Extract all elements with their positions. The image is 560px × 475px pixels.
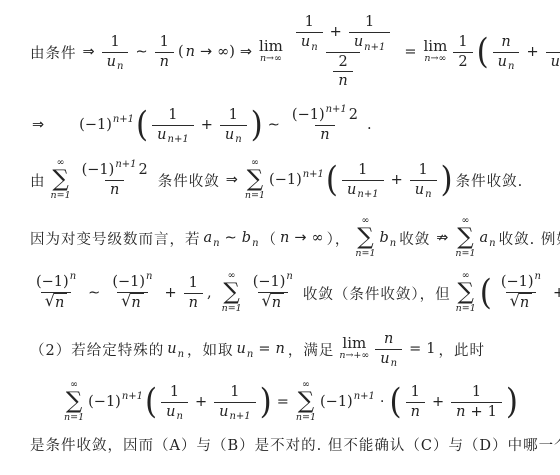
math-text: ），	[327, 228, 351, 249]
math-rm: 1	[170, 383, 179, 402]
math-op: →	[294, 230, 306, 246]
math-it: u	[380, 350, 389, 369]
math-it: u	[237, 341, 246, 357]
math-sub: n	[213, 238, 219, 249]
math-rm: 1	[229, 106, 238, 125]
math-it: u	[225, 126, 234, 145]
math-frac: 1un	[410, 161, 437, 200]
math-op: =	[277, 394, 289, 410]
math-sup: n	[286, 270, 292, 283]
math-rm: 1	[160, 33, 169, 52]
math-lim: limn→∞	[259, 39, 283, 65]
math-big: )	[260, 388, 272, 416]
math-sub: n	[252, 238, 258, 249]
math-text: ，如取	[187, 339, 234, 360]
text-line-4: 因为对变号级数而言，若an∼bn（n→∞），∞∑n=1bn收敛⇏∞∑n=1an收…	[28, 214, 552, 262]
math-op: ·	[380, 394, 385, 410]
math-frac: 1un	[102, 33, 129, 72]
math-it: u	[498, 53, 507, 72]
math-op: ∼	[225, 230, 237, 246]
math-sup: n+1	[354, 391, 375, 402]
math-it: u	[415, 181, 424, 200]
math-op: +	[195, 394, 207, 410]
math-op: ⇏	[436, 230, 448, 246]
math-frac: (−1)n+12n	[77, 161, 153, 200]
math-rm: 1	[411, 383, 420, 402]
math-rm: (−1)	[82, 161, 115, 180]
math-text: 收敛（条件收敛），但	[303, 283, 451, 304]
math-frac: (−1)n√n	[107, 273, 157, 312]
math-op: ⇒	[32, 117, 44, 133]
math-sub: n	[176, 410, 182, 423]
formula-line-1: 由条件⇒1un∼1n(n→∞)⇒limn→∞1un+1un+12n=limn→∞…	[28, 6, 552, 98]
math-op: ⇒	[226, 172, 238, 188]
math-frac: 1un	[296, 13, 323, 52]
math-it: n	[160, 53, 169, 72]
math-text: 是条件收敛，因而（A）与（B）是不对的. 但不能确认（C）与（D）中哪一个正确.	[30, 434, 560, 455]
math-lim: limn→+∞	[339, 336, 369, 362]
math-it: n	[320, 126, 329, 145]
math-it: n	[338, 72, 347, 91]
math-lim: limn→∞	[424, 39, 448, 65]
math-frac: 1n	[184, 274, 203, 313]
math-op: →	[200, 44, 212, 60]
math-big: )	[441, 166, 453, 194]
math-it: u	[354, 33, 363, 52]
math-text: 收敛. 例如：	[499, 228, 560, 249]
math-big: )	[251, 111, 263, 139]
math-it: n	[501, 33, 510, 52]
math-frac: 1un	[220, 106, 247, 145]
math-it: u	[166, 403, 175, 422]
math-it: n	[456, 403, 465, 422]
math-it: n	[275, 341, 284, 357]
math-op: ∼	[268, 117, 280, 133]
math-big: (	[326, 166, 338, 194]
formula-line-7: ∞∑n=1(−1)n+1(1un+1un+1)=∞∑n=1(−1)n+1·(1n…	[28, 374, 552, 430]
math-sqrt: √n	[262, 293, 285, 312]
math-text: （	[262, 228, 278, 249]
math-frac: 1un+1	[152, 106, 194, 145]
math-frac: 1un+1	[349, 13, 391, 52]
math-rm: (−1)	[269, 172, 302, 188]
math-sup: n+1	[326, 103, 347, 116]
math-frac: 1un+1un+12n	[289, 13, 397, 91]
math-sum-sigma-icon: ∞∑n=1	[222, 271, 242, 315]
math-frac: (−1)n+12n	[287, 106, 363, 145]
math-sub: n	[425, 188, 431, 201]
math-rm: (−1)	[79, 117, 112, 133]
math-sup: n	[535, 270, 541, 283]
math-frac: 1n	[155, 33, 174, 72]
math-op: +	[391, 172, 403, 188]
math-sum-sigma-icon: ∞∑n=1	[296, 380, 316, 424]
math-rm: (−1)	[36, 273, 69, 292]
math-sum-sigma-icon: ∞∑n=1	[456, 271, 476, 315]
text-line-6: （2）若给定特殊的un，如取un=n，满足limn→+∞nun=1，此时	[28, 324, 552, 374]
math-rm: (−1)	[292, 106, 325, 125]
math-rm: (−1)	[88, 394, 121, 410]
math-it: b	[379, 230, 388, 246]
math-op: ⇒	[240, 44, 252, 60]
math-sup: n+1	[115, 158, 136, 171]
math-op: =	[404, 44, 416, 60]
math-rm: ,	[207, 285, 212, 301]
math-it: u	[551, 53, 560, 72]
math-it: a	[480, 230, 489, 246]
math-sub: n	[247, 349, 253, 360]
math-text: 由	[30, 170, 46, 191]
math-sqrt: √n	[121, 293, 144, 312]
math-rm: ∞)	[217, 44, 235, 60]
math-op: ∼	[135, 44, 147, 60]
math-rm: 2	[458, 53, 467, 72]
math-sum-sigma-icon: ∞∑n=1	[64, 380, 84, 424]
math-sp	[213, 293, 219, 294]
math-frac: nun	[375, 330, 402, 369]
math-op: ∼	[88, 285, 100, 301]
math-it: n	[280, 230, 289, 246]
math-frac: 1un+1	[214, 383, 256, 422]
math-document: 由条件⇒1un∼1n(n→∞)⇒limn→∞1un+1un+12n=limn→∞…	[0, 0, 560, 458]
math-big: (	[136, 111, 148, 139]
math-sup: n	[146, 270, 152, 283]
math-rm: 1	[189, 274, 198, 293]
math-it: u	[301, 33, 310, 52]
math-it: n	[189, 294, 198, 313]
math-it: n	[186, 44, 195, 60]
math-it: u	[107, 53, 116, 72]
math-rm: 1	[365, 13, 374, 32]
math-sup: n+1	[122, 391, 143, 402]
math-op: +	[470, 403, 482, 422]
math-op: =	[409, 341, 421, 357]
math-rm: (−1)	[501, 273, 534, 292]
math-rm: 1	[110, 33, 119, 52]
math-it: u	[157, 126, 166, 145]
math-sqrt: √n	[45, 293, 68, 312]
math-frac: nun+1	[546, 33, 560, 72]
math-sub: n	[235, 133, 241, 146]
math-it: u	[167, 341, 176, 357]
math-sub: n+1	[357, 188, 378, 201]
math-sub: n	[311, 41, 317, 54]
math-it: n	[110, 181, 119, 200]
math-sup: n+1	[113, 114, 134, 125]
math-frac: 2n	[333, 53, 352, 92]
math-frac: 1n	[406, 383, 425, 422]
math-op: +	[553, 285, 560, 301]
math-text: 收敛	[399, 228, 430, 249]
math-frac: (−1)n√n	[248, 273, 298, 312]
math-frac: 12	[453, 33, 472, 72]
math-text: ，满足	[288, 339, 335, 360]
math-op: +	[330, 23, 342, 42]
math-big: (	[477, 38, 489, 66]
math-sub: n+1	[168, 133, 189, 146]
math-rm: .	[367, 117, 372, 133]
math-op: =	[258, 341, 270, 357]
math-sub: n+1	[364, 41, 385, 54]
math-sub: n	[489, 238, 495, 249]
math-big: (	[145, 388, 157, 416]
math-it: n	[411, 403, 420, 422]
math-sub: n+1	[229, 410, 250, 423]
math-frac: 1n+1	[451, 383, 502, 422]
math-text: ，此时	[438, 339, 485, 360]
math-op: +	[432, 394, 444, 410]
math-frac: (−1)n√n	[496, 273, 546, 312]
math-rm: 1	[305, 13, 314, 32]
math-it: b	[242, 230, 251, 246]
math-rm: 1	[488, 403, 497, 422]
math-sum-sigma-icon: ∞∑n=1	[51, 158, 71, 202]
math-big: (	[480, 279, 492, 307]
math-frac: nun	[493, 33, 520, 72]
math-it: u	[219, 403, 228, 422]
math-rm: 1	[230, 383, 239, 402]
math-sub: n	[508, 60, 514, 73]
formula-line-3: 由∞∑n=1(−1)n+12n条件收敛⇒∞∑n=1(−1)n+1(1un+1+1…	[28, 152, 552, 208]
math-text: 由条件	[30, 42, 77, 63]
math-rm: (	[178, 44, 184, 60]
math-rm: 1	[419, 161, 428, 180]
math-rm: 1	[168, 106, 177, 125]
math-rm: (−1)	[253, 273, 286, 292]
math-rm: 1	[426, 341, 435, 357]
math-sub: n	[178, 349, 184, 360]
math-rm: 1	[458, 33, 467, 52]
math-sum-sigma-icon: ∞∑n=1	[355, 216, 375, 260]
math-sp	[48, 125, 78, 126]
math-it: n	[384, 330, 393, 349]
math-rm: 1	[472, 383, 481, 402]
math-rm: (−1)	[320, 394, 353, 410]
math-op: ⇒	[83, 44, 95, 60]
math-frac: 1un	[161, 383, 188, 422]
math-rm: 2	[139, 161, 148, 180]
formula-line-2: ⇒(−1)n+1(1un+1+1un)∼(−1)n+12n.	[28, 98, 552, 152]
math-big: )	[506, 388, 518, 416]
math-sup: n+1	[303, 169, 324, 180]
math-frac: 1un+1	[342, 161, 384, 200]
formula-line-5: (−1)n√n∼(−1)n√n+1n,∞∑n=1(−1)n√n收敛（条件收敛），…	[28, 262, 552, 324]
math-rm: (−1)	[112, 273, 145, 292]
math-sub: n	[391, 357, 397, 370]
math-sup: n	[70, 270, 76, 283]
math-it: u	[347, 181, 356, 200]
math-sum-sigma-icon: ∞∑n=1	[245, 158, 265, 202]
math-op: +	[164, 285, 176, 301]
math-sum-sigma-icon: ∞∑n=1	[455, 216, 475, 260]
math-text: 因为对变号级数而言，若	[30, 228, 201, 249]
math-sub: n	[117, 60, 123, 73]
math-rm: ∞	[312, 230, 324, 246]
math-frac: (−1)n√n	[31, 273, 81, 312]
math-text: （2）若给定特殊的	[30, 339, 164, 360]
math-op: +	[201, 117, 213, 133]
math-rm: 1	[358, 161, 367, 180]
math-sub: n	[390, 238, 396, 249]
math-rm: 2	[338, 53, 347, 72]
math-it: a	[204, 230, 213, 246]
math-text: 条件收敛.	[456, 170, 524, 191]
math-rm: 2	[349, 106, 358, 125]
text-line-8: 是条件收敛，因而（A）与（B）是不对的. 但不能确认（C）与（D）中哪一个正确.	[28, 430, 552, 458]
math-text: 条件收敛	[158, 170, 220, 191]
math-sqrt: √n	[510, 293, 533, 312]
math-big: (	[390, 388, 402, 416]
math-op: +	[526, 44, 538, 60]
